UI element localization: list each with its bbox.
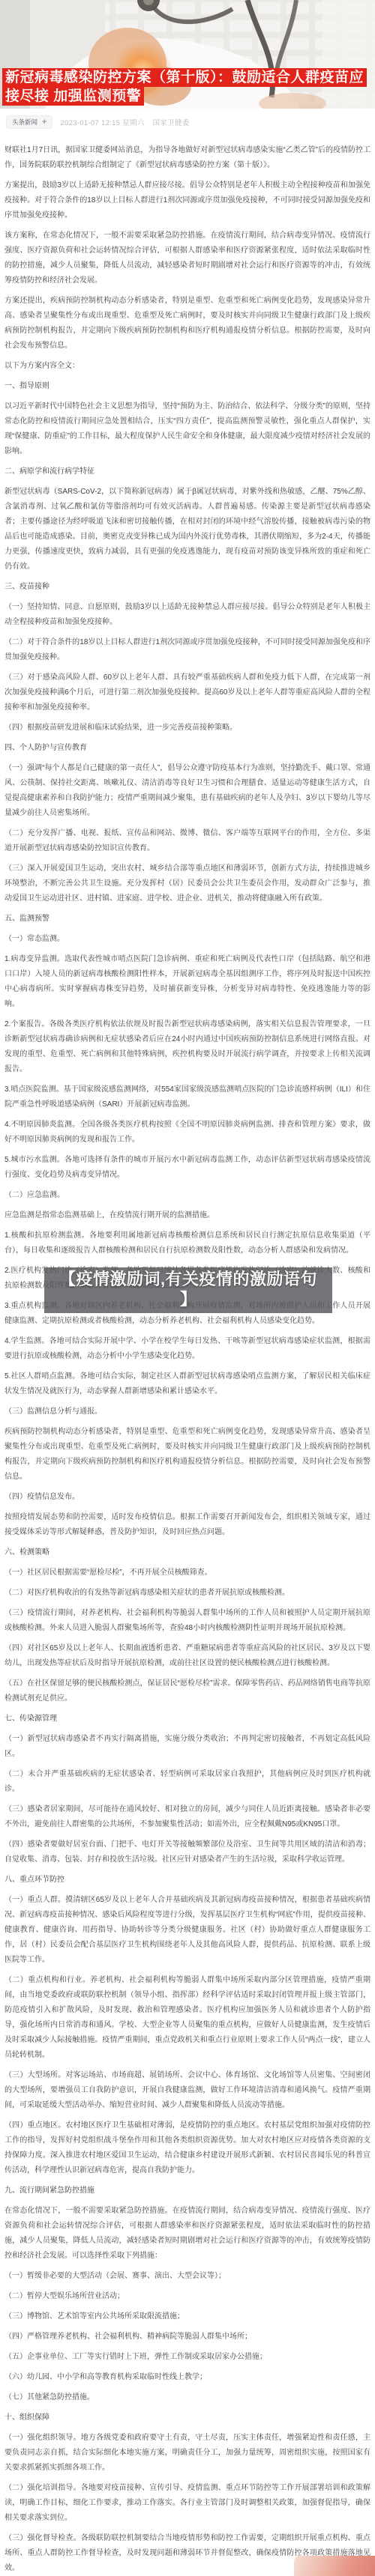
section-heading: 四、个人防护与宣传教育 [4, 741, 370, 756]
paragraph: （二）重点机构和行业。养老机构、社会福利机构等脆弱人群集中场所采取内部分区管理措… [4, 1973, 370, 2063]
section-heading: 六、检测策略 [4, 1545, 370, 1560]
article-meta: 头条新闻 + 2023-01-07 12:15 星期六 国家卫健委 [0, 115, 375, 129]
news-article-page: 新冠病毒感染防控方案（第十版）：鼓励适合人群疫苗应 接尽接 加强监测预警 头条新… [0, 0, 375, 2576]
paragraph: （一）暂缓非必要的大型活动（会展、赛事、演出、大型会议等）； [4, 2269, 370, 2284]
paragraph: （二）充分发挥广播、电视、报纸、宣传品和网站、微博、微信、客户端等互联网平台的作… [4, 826, 370, 856]
paragraph: （三）对于感染高风险人群、60岁以上老年人群、具有较严重基础疾病人群和免疫力低下… [4, 670, 370, 715]
paragraph: （一）常态监测。 [4, 932, 370, 947]
paragraph: （二）对医疗机构收治的有发热等新冠病毒感染相关症状的患者开展抗原或核酸检测。 [4, 1586, 370, 1601]
paragraph: 3.哨点医院监测。基于国家级流感监测网络，对554家国家级流感监测哨点医院的门急… [4, 1082, 370, 1112]
paragraph: （一）重点人群。摸清辖区65岁及以上老年人合并基础疾病及其新冠病毒疫苗接种情况，… [4, 1893, 370, 1968]
publish-info: 2023-01-07 12:15 星期六 国家卫健委 [60, 117, 189, 127]
paragraph: 以习近平新时代中国特色社会主义思想为指导，坚持“预防为主、防治结合、依法科学、分… [4, 399, 370, 459]
publish-source: 国家卫健委 [153, 119, 190, 127]
follow-plus-icon[interactable]: + [42, 118, 46, 127]
watermark-overlay: 【疫情激励词,有关疫情的激励语句 】 [44, 1267, 332, 1313]
paragraph: 方案还提出，疾病预防控制机构动态分析感染者，特别是重型、危重型和死亡病例变化趋势… [4, 294, 370, 354]
paragraph: 财联社1月7日讯，据国家卫健委网站消息，为指导各地做好对新型冠状病毒感染实施“乙… [4, 143, 370, 173]
section-heading: 十、组织保障 [4, 2410, 370, 2425]
paragraph: （五）在社区保留足够的便民核酸检测点，保证居民“愿检尽检”需求。保障零售药店、药… [4, 1676, 370, 1706]
paragraph: （三）博物馆、艺术馆等室内公共场所采取限流措施； [4, 2309, 370, 2324]
paragraph: （四）疫情信息发布。 [4, 1490, 370, 1505]
hero-image: 新冠病毒感染防控方案（第十版）：鼓励适合人群疫苗应 接尽接 加强监测预警 [0, 0, 375, 109]
paragraph: （三）深入开展爱国卫生运动，突出农村、城乡结合部等重点地区和薄弱环节，创新方式方… [4, 861, 370, 906]
paragraph: （二）强化培训指导。各地要对疫苗接种、宣传引导、疫情监测、重点环节防控等工作开展… [4, 2481, 370, 2526]
paragraph: （二）对于符合条件的18岁以上目标人群进行1剂次同源或序贯加强免疫接种，不可同时… [4, 635, 370, 665]
paragraph: （三）疫情流行期间，对养老机构、社会福利机构等脆弱人群集中场所的工作人员和被照护… [4, 1606, 370, 1636]
watermark-text-line-2: 】 [44, 1290, 332, 1309]
paragraph: （三）大型场所。对客运场站、市场商超、展销场所、会议中心、体育场馆、文化场馆等人… [4, 2068, 370, 2113]
paragraph: （一）新型冠状病毒感染者不再实行隔离措施，实施分级分类收治；不再判定密切接触者，… [4, 1732, 370, 1762]
paragraph: （三）感染者居家期间，尽可能待在通风较好、相对独立的房间，减少与同住人员近距离接… [4, 1802, 370, 1832]
section-heading: 一、指导原则 [4, 379, 370, 394]
paragraph: 2.个案报告。各级各类医疗机构依法依规及时报告新型冠状病毒感染病例，落实相关信息… [4, 1017, 370, 1077]
paragraph: （二）应急监测。 [4, 1188, 370, 1203]
paragraph: （一）强化组织领导。地方各级党委和政府要守土有责，守土尽责，压实主体责任，增强紧… [4, 2431, 370, 2476]
paragraph: 4.不明原因肺炎监测。全国各级各类医疗机构按照《全国不明原因肺炎病例监测、排查和… [4, 1118, 370, 1148]
watermark-text-line-1: 【疫情激励词,有关疫情的激励语句 [44, 1268, 332, 1290]
paragraph: 在常态化情况下，一般不需要采取紧急防控措施。在疫情流行期间，结合病毒变异情况、疫… [4, 2204, 370, 2264]
section-heading: 八、重点环节防控 [4, 1873, 370, 1888]
publish-datetime: 2023-01-07 12:15 星期六 [60, 119, 144, 127]
paragraph: 1.核酸和抗原检测监测。各地要利用属地新冠病毒核酸检测信息系统和居民自行测定抗原… [4, 1228, 370, 1258]
article-body: 财联社1月7日讯，据国家卫健委网站消息，为指导各地做好对新型冠状病毒感染实施“乙… [0, 143, 375, 2576]
paragraph: 方案提出，鼓励3岁以上适龄无接种禁忌人群应接尽接。倡导公众特别是老年人积极主动全… [4, 178, 370, 223]
paragraph: （四）根据疫苗研发进展和临床试验结果，进一步完善疫苗接种策略。 [4, 721, 370, 736]
paragraph: 5.社区人群哨点监测。各地可结合实际，制定社区人群新型冠状病毒感染哨点监测方案，… [4, 1369, 370, 1399]
section-heading: 七、传染源管理 [4, 1712, 370, 1727]
article-title-banner: 新冠病毒感染防控方案（第十版）：鼓励适合人群疫苗应 接尽接 加强监测预警 [2, 68, 367, 106]
title-line-2: 接尽接 加强监测预警 [2, 87, 144, 106]
source-badge-label: 头条新闻 [12, 118, 37, 127]
paragraph: 应急监测是指常态监测基础上，在疫情流行期开展的监测措施。 [4, 1208, 370, 1223]
title-line-1: 新冠病毒感染防控方案（第十版）：鼓励适合人群疫苗应 [2, 68, 367, 87]
paragraph: （四）对社区65岁及以上老年人、长期血液透析患者、严重糖尿病患者等重症高风险的社… [4, 1641, 370, 1671]
paragraph: （四）感染者要做好居室台面、门把手、电灯开关等接触频繁部位及浴室、卫生间等共用区… [4, 1837, 370, 1867]
paragraph: （三）监测信息分析与通报。 [4, 1404, 370, 1419]
paragraph: 4.学生监测。各地可结合实际开展中学、小学在校学生每日发热、干咳等新型冠状病毒感… [4, 1334, 370, 1364]
paragraph: 疾病预防控制机构动态分析感染者，特别是重型、危重型和死亡病例变化趋势，发现感染异… [4, 1425, 370, 1485]
paragraph: （一）强调“每个人都是自己健康的第一责任人”，倡导公众遵守防疫基本行为准则，坚持… [4, 761, 370, 821]
section-heading: 二、病原学和流行病学特征 [4, 464, 370, 479]
paragraph: （二）暂停大型娱乐场所营业活动； [4, 2289, 370, 2304]
section-heading: 九、流行期间紧急防控措施 [4, 2183, 370, 2198]
paragraph: 以下为方案内容全文： [4, 359, 370, 374]
paragraph: （七）其他紧急防控措施。 [4, 2390, 370, 2405]
section-heading: 五、监测预警 [4, 912, 370, 927]
paragraph: （四）重点地区。农村地区医疗卫生基础相对薄弱，是疫情防控的重点地区。农村基层党组… [4, 2118, 370, 2178]
paragraph: （四）严格管理养老机构、社会福利机构、精神病院等脆弱人群集中场所； [4, 2330, 370, 2345]
section-heading: 三、疫苗接种 [4, 580, 370, 595]
paragraph: 新型冠状病毒（SARS-CoV-2，以下简称新冠病毒）属于β属冠状病毒，对紫外线… [4, 485, 370, 575]
paragraph: 1.病毒变异监测。选取代表性城市哨点医院门急诊病例、重症和死亡病例及代表性口岸（… [4, 952, 370, 1012]
paragraph: 按照疫情发展态势和防控需要，适时发布疫情信息。根据工作需要召开新闻发布会，组织相… [4, 1510, 370, 1540]
paragraph: 该方案称，在常态化情况下，一般不需要采取紧急防控措施。在疫情流行期间，结合病毒变… [4, 228, 370, 288]
paragraph: （一）社区居民根据需要“愿检尽检”，不再开展全员核酸筛查。 [4, 1566, 370, 1581]
paragraph: （五）企事业单位、工厂等实行错时上下班，弹性工作制或采取居家办公措施； [4, 2350, 370, 2365]
paragraph: 5.城市污水监测。各地可选择有条件的城市开展污水中新冠病毒监测工作，动态评估新型… [4, 1153, 370, 1183]
paragraph: （二）未合并严重基础疾病的无症状感染者、轻型病例可采取居家自我照护，其他病例应及… [4, 1767, 370, 1797]
paragraph: （一）坚持知情、同意、自愿原则，鼓励3岁以上适龄无接种禁忌人群应接尽接。倡导公众… [4, 600, 370, 630]
paragraph: （六）幼儿园、中小学和高等教育机构采取临时性线上教学； [4, 2370, 370, 2385]
bottom-corner-image [294, 2556, 375, 2576]
source-badge[interactable]: 头条新闻 + [6, 115, 52, 129]
